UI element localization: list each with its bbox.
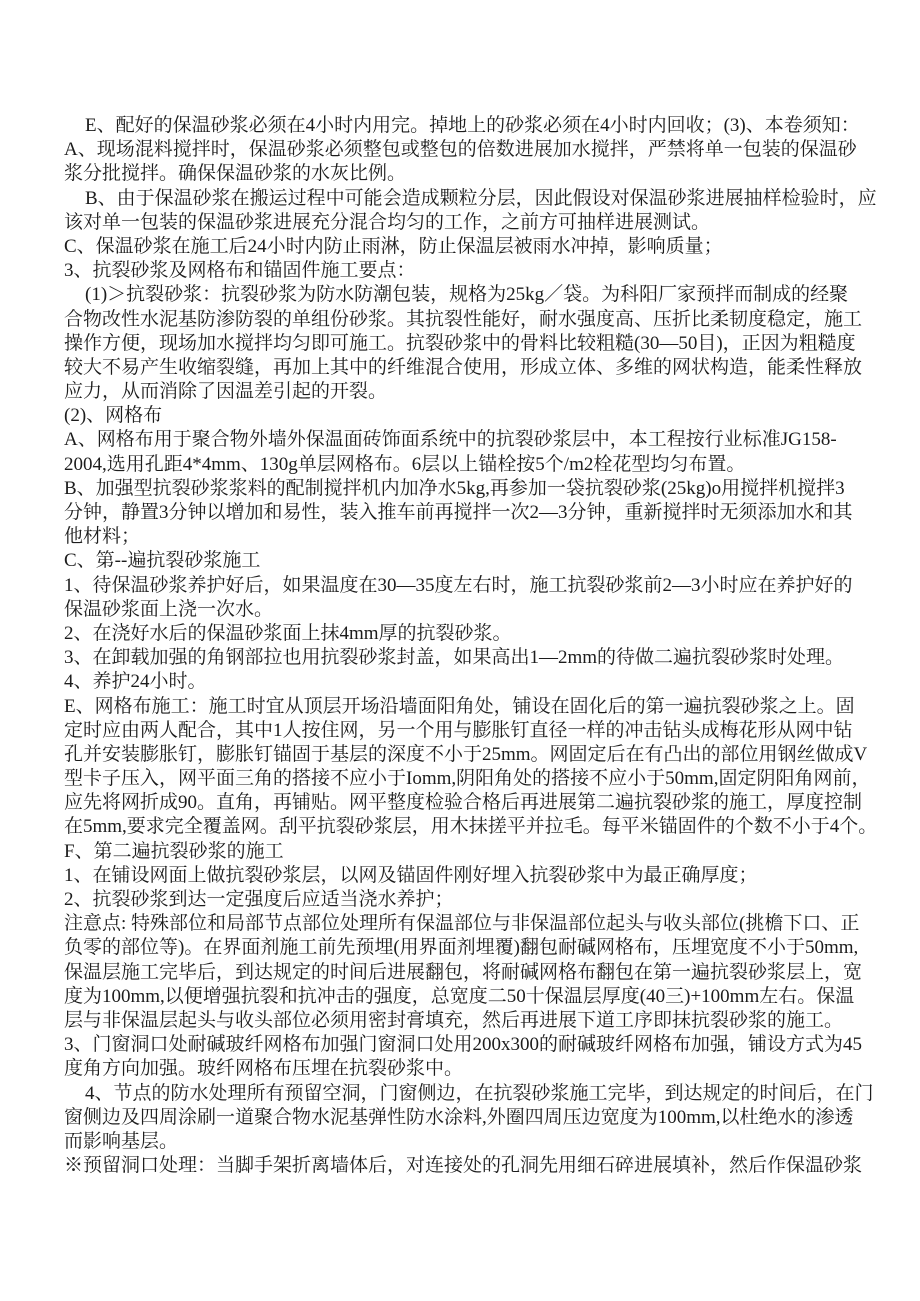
text-line: 3、门窗洞口处耐碱玻纤网格布加强门窗洞口处用200x300的耐碱玻纤网格布加强，… (64, 1033, 864, 1057)
text-line: C、第--遍抗裂砂浆施工 (64, 549, 864, 573)
text-line: A、现场混料搅拌时，保温砂浆必须整包或整包的倍数进展加水搅拌，严禁将单一包装的保… (64, 138, 864, 162)
text-line: 孔并安装膨胀钉，膨胀钉锚固于基层的深度不小于25mm。网固定后在有凸出的部位用钢… (64, 743, 864, 767)
text-line: 度角方向加强。玻纤网格布压埋在抗裂砂浆中。 (64, 1057, 864, 1081)
text-line: 2、在浇好水后的保温砂浆面上抹4mm厚的抗裂砂浆。 (64, 622, 864, 646)
text-line: C、保温砂浆在施工后24小时内防止雨淋，防止保温层被雨水冲掉，影响质量； (64, 235, 864, 259)
text-line: 型卡子压入，网平面三角的搭接不应小于Iomm,阴阳角处的搭接不应小于50mm,固… (64, 767, 864, 791)
text-line: 4、养护24小时。 (64, 670, 864, 694)
text-line: 合物改性水泥基防渗防裂的单组份砂浆。其抗裂性能好，耐水强度高、压折比柔韧度稳定，… (64, 308, 864, 332)
text-line: 注意点: 特殊部位和局部节点部位处理所有保温部位与非保温部位起头与收头部位(挑檐… (64, 912, 864, 936)
document-text-block: E、配好的保温砂浆必须在4小时内用完。掉地上的砂浆必须在4小时内回收；(3)、本… (64, 114, 864, 1178)
text-line: 层与非保温层起头与收头部位必须用密封膏填充，然后再进展下道工序即抹抗裂砂浆的施工… (64, 1009, 864, 1033)
text-line: 3、在卸载加强的角钢部拉也用抗裂砂浆封盖，如果高出1—2mm的待做二遍抗裂砂浆时… (64, 646, 864, 670)
text-line: 4、节点的防水处理所有预留空洞，门窗侧边，在抗裂砂浆施工完毕，到达规定的时间后，… (64, 1082, 864, 1106)
text-line: 2、抗裂砂浆到达一定强度后应适当浇水养护； (64, 888, 864, 912)
text-line: 负零的部位等)。在界面剂施工前先预埋(用界面剂埋覆)翻包耐碱网格布，压埋宽度不小… (64, 936, 864, 960)
text-line: 1、待保温砂浆养护好后，如果温度在30—35度左右时，施工抗裂砂浆前2—3小时应… (64, 574, 864, 598)
text-line: 度为100mm,以便增强抗裂和抗冲击的强度，总宽度二50十保温层厚度(40三)+… (64, 985, 864, 1009)
text-line: (2)、网格布 (64, 404, 864, 428)
text-line: 分钟，静置3分钟以增加和易性，装入推车前再搅拌一次2—3分钟，重新搅拌时无须添加… (64, 501, 864, 525)
document-page: E、配好的保温砂浆必须在4小时内用完。掉地上的砂浆必须在4小时内回收；(3)、本… (0, 0, 920, 1301)
text-line: 窗侧边及四周涂刷一道聚合物水泥基弹性防水涂料,外圈四周压边宽度为100mm,以杜… (64, 1106, 864, 1130)
text-line: 2004,选用孔距4*4mm、130g单层网格布。6层以上锚栓按5个/m2栓花型… (64, 453, 864, 477)
text-line: ※预留洞口处理：当脚手架折离墙体后，对连接处的孔洞先用细石碎进展填补，然后作保温… (64, 1154, 864, 1178)
text-line: 在5mm,要求完全覆盖网。刮平抗裂砂浆层，用木抹搓平并拉毛。每平米锚固件的个数不… (64, 815, 864, 839)
text-line: E、配好的保温砂浆必须在4小时内用完。掉地上的砂浆必须在4小时内回收；(3)、本… (64, 114, 864, 138)
text-line: 保温砂浆面上浇一次水。 (64, 598, 864, 622)
text-line: A、网格布用于聚合物外墙外保温面砖饰面系统中的抗裂砂浆层中，本工程按行业标准JG… (64, 428, 864, 452)
text-line: E、网格布施工：施工时宜从顶层开场沿墙面阳角处，铺设在固化后的第一遍抗裂砂浆之上… (64, 695, 864, 719)
text-line: B、加强型抗裂砂浆浆料的配制搅拌机内加净水5kg,再参加一袋抗裂砂浆(25kg)… (64, 477, 864, 501)
text-line: 较大不易产生收缩裂缝，再加上其中的纤维混合使用，形成立体、多维的网状构造，能柔性… (64, 356, 864, 380)
text-line: 保温层施工完毕后，到达规定的时间后进展翻包，将耐碱网格布翻包在第一遍抗裂砂浆层上… (64, 961, 864, 985)
text-line: 3、抗裂砂浆及网格布和锚固件施工要点： (64, 259, 864, 283)
text-line: 他材料； (64, 525, 864, 549)
text-line: 操作方便，现场加水搅拌均匀即可施工。抗裂砂浆中的骨料比较粗糙(30—50目)，正… (64, 332, 864, 356)
text-line: 应先将网折成90。直角，再铺贴。网平整度检验合格后再进展第二遍抗裂砂浆的施工，厚… (64, 791, 864, 815)
text-line: 而影响基层。 (64, 1130, 864, 1154)
text-line: B、由于保温砂浆在搬运过程中可能会造成颗粒分层，因此假设对保温砂浆进展抽样检验时… (64, 187, 864, 211)
text-line: 应力，从而消除了因温差引起的开裂。 (64, 380, 864, 404)
text-line: 该对单一包装的保温砂浆进展充分混合均匀的工作，之前方可抽样进展测试。 (64, 211, 864, 235)
text-line: 浆分批搅拌。确保保温砂浆的水灰比例。 (64, 162, 864, 186)
text-line: 1、在铺设网面上做抗裂砂浆层，以网及锚固件刚好埋入抗裂砂浆中为最正确厚度； (64, 864, 864, 888)
text-line: F、第二遍抗裂砂浆的施工 (64, 840, 864, 864)
text-line: (1)＞抗裂砂浆：抗裂砂浆为防水防潮包装，规格为25kg／袋。为科阳厂家预拌而制… (64, 283, 864, 307)
text-line: 定时应由两人配合，其中1人按住网，另一个用与膨胀钉直径一样的冲击钻头成梅花形从网… (64, 719, 864, 743)
